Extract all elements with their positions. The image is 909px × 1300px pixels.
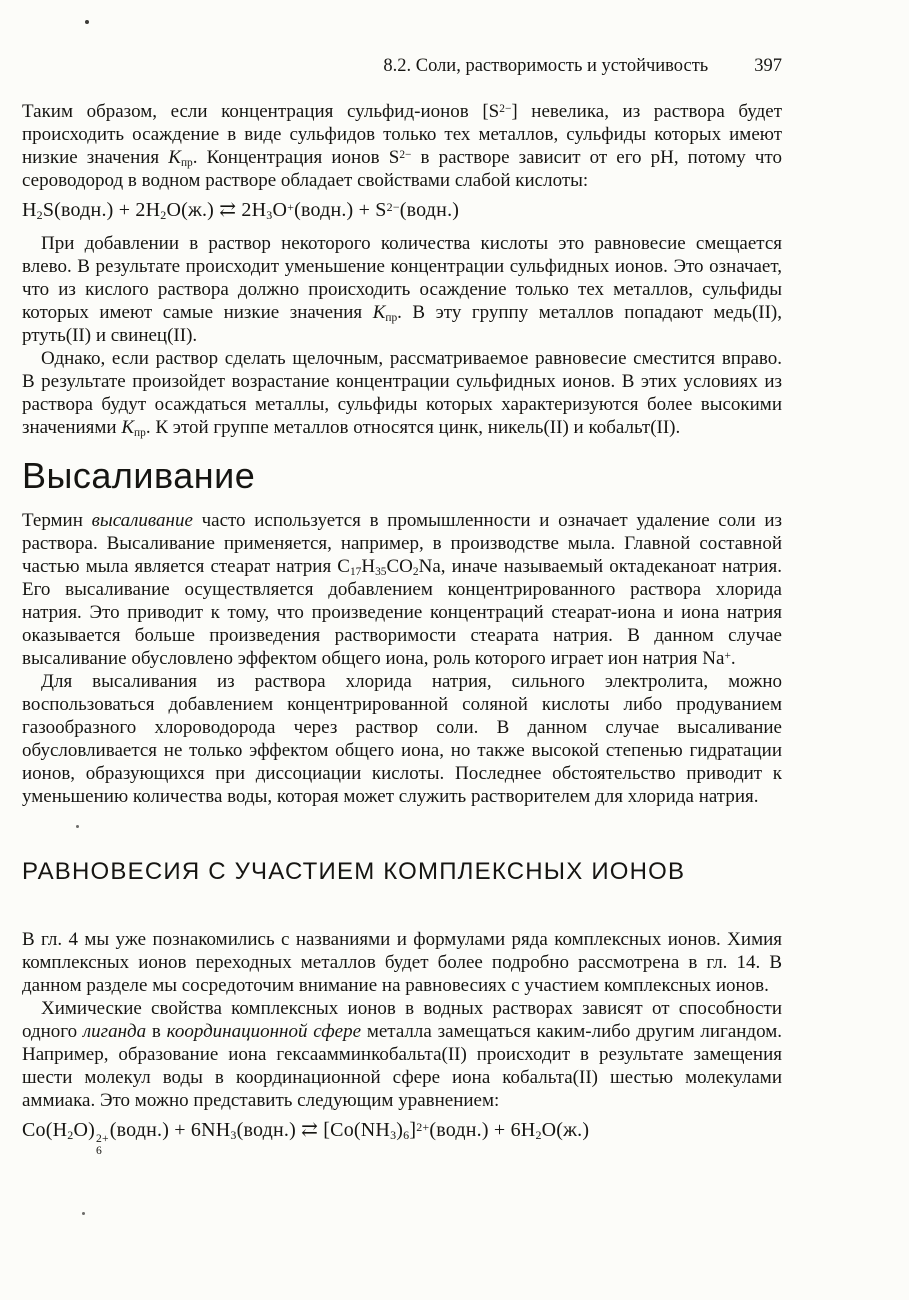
paragraph-salting-out-hcl: Для высаливания из раствора хлорида натр…: [22, 670, 782, 808]
equation-cobalt-ammine: Co(H2O)2+6(водн.) + 6NH3(водн.) ⇄ [Co(NH…: [22, 1115, 782, 1157]
scan-speck: [76, 825, 79, 828]
paragraph-acid-shift: При добавлении в раствор некоторого коли…: [22, 232, 782, 347]
book-page: 8.2. Соли, растворимость и устойчивость …: [0, 0, 909, 1300]
paragraph-sulfide-intro: Таким образом, если концентрация сульфид…: [22, 100, 782, 192]
equation-h2s-dissociation: H2S(водн.) + 2H2O(ж.) ⇄ 2H3O+(водн.) + S…: [22, 195, 782, 225]
section-heading-salting-out: Высаливание: [22, 456, 782, 496]
scan-speck: [82, 1212, 85, 1215]
page-number: 397: [754, 55, 782, 77]
paragraph-salting-out-soap: Термин высаливание часто используется в …: [22, 509, 782, 670]
paragraph-alkaline-shift: Однако, если раствор сделать щелочным, р…: [22, 347, 782, 439]
section-heading-complex-ions: РАВНОВЕСИЯ С УЧАСТИЕМ КОМПЛЕКСНЫХ ИОНОВ: [22, 858, 782, 886]
running-header: 8.2. Соли, растворимость и устойчивость …: [22, 55, 782, 77]
section-title: 8.2. Соли, растворимость и устойчивость: [383, 55, 708, 77]
scan-speck: [85, 20, 89, 24]
paragraph-complex-ions-intro: В гл. 4 мы уже познакомились с названиям…: [22, 928, 782, 997]
paragraph-ligand-substitution: Химические свойства комплексных ионов в …: [22, 997, 782, 1112]
